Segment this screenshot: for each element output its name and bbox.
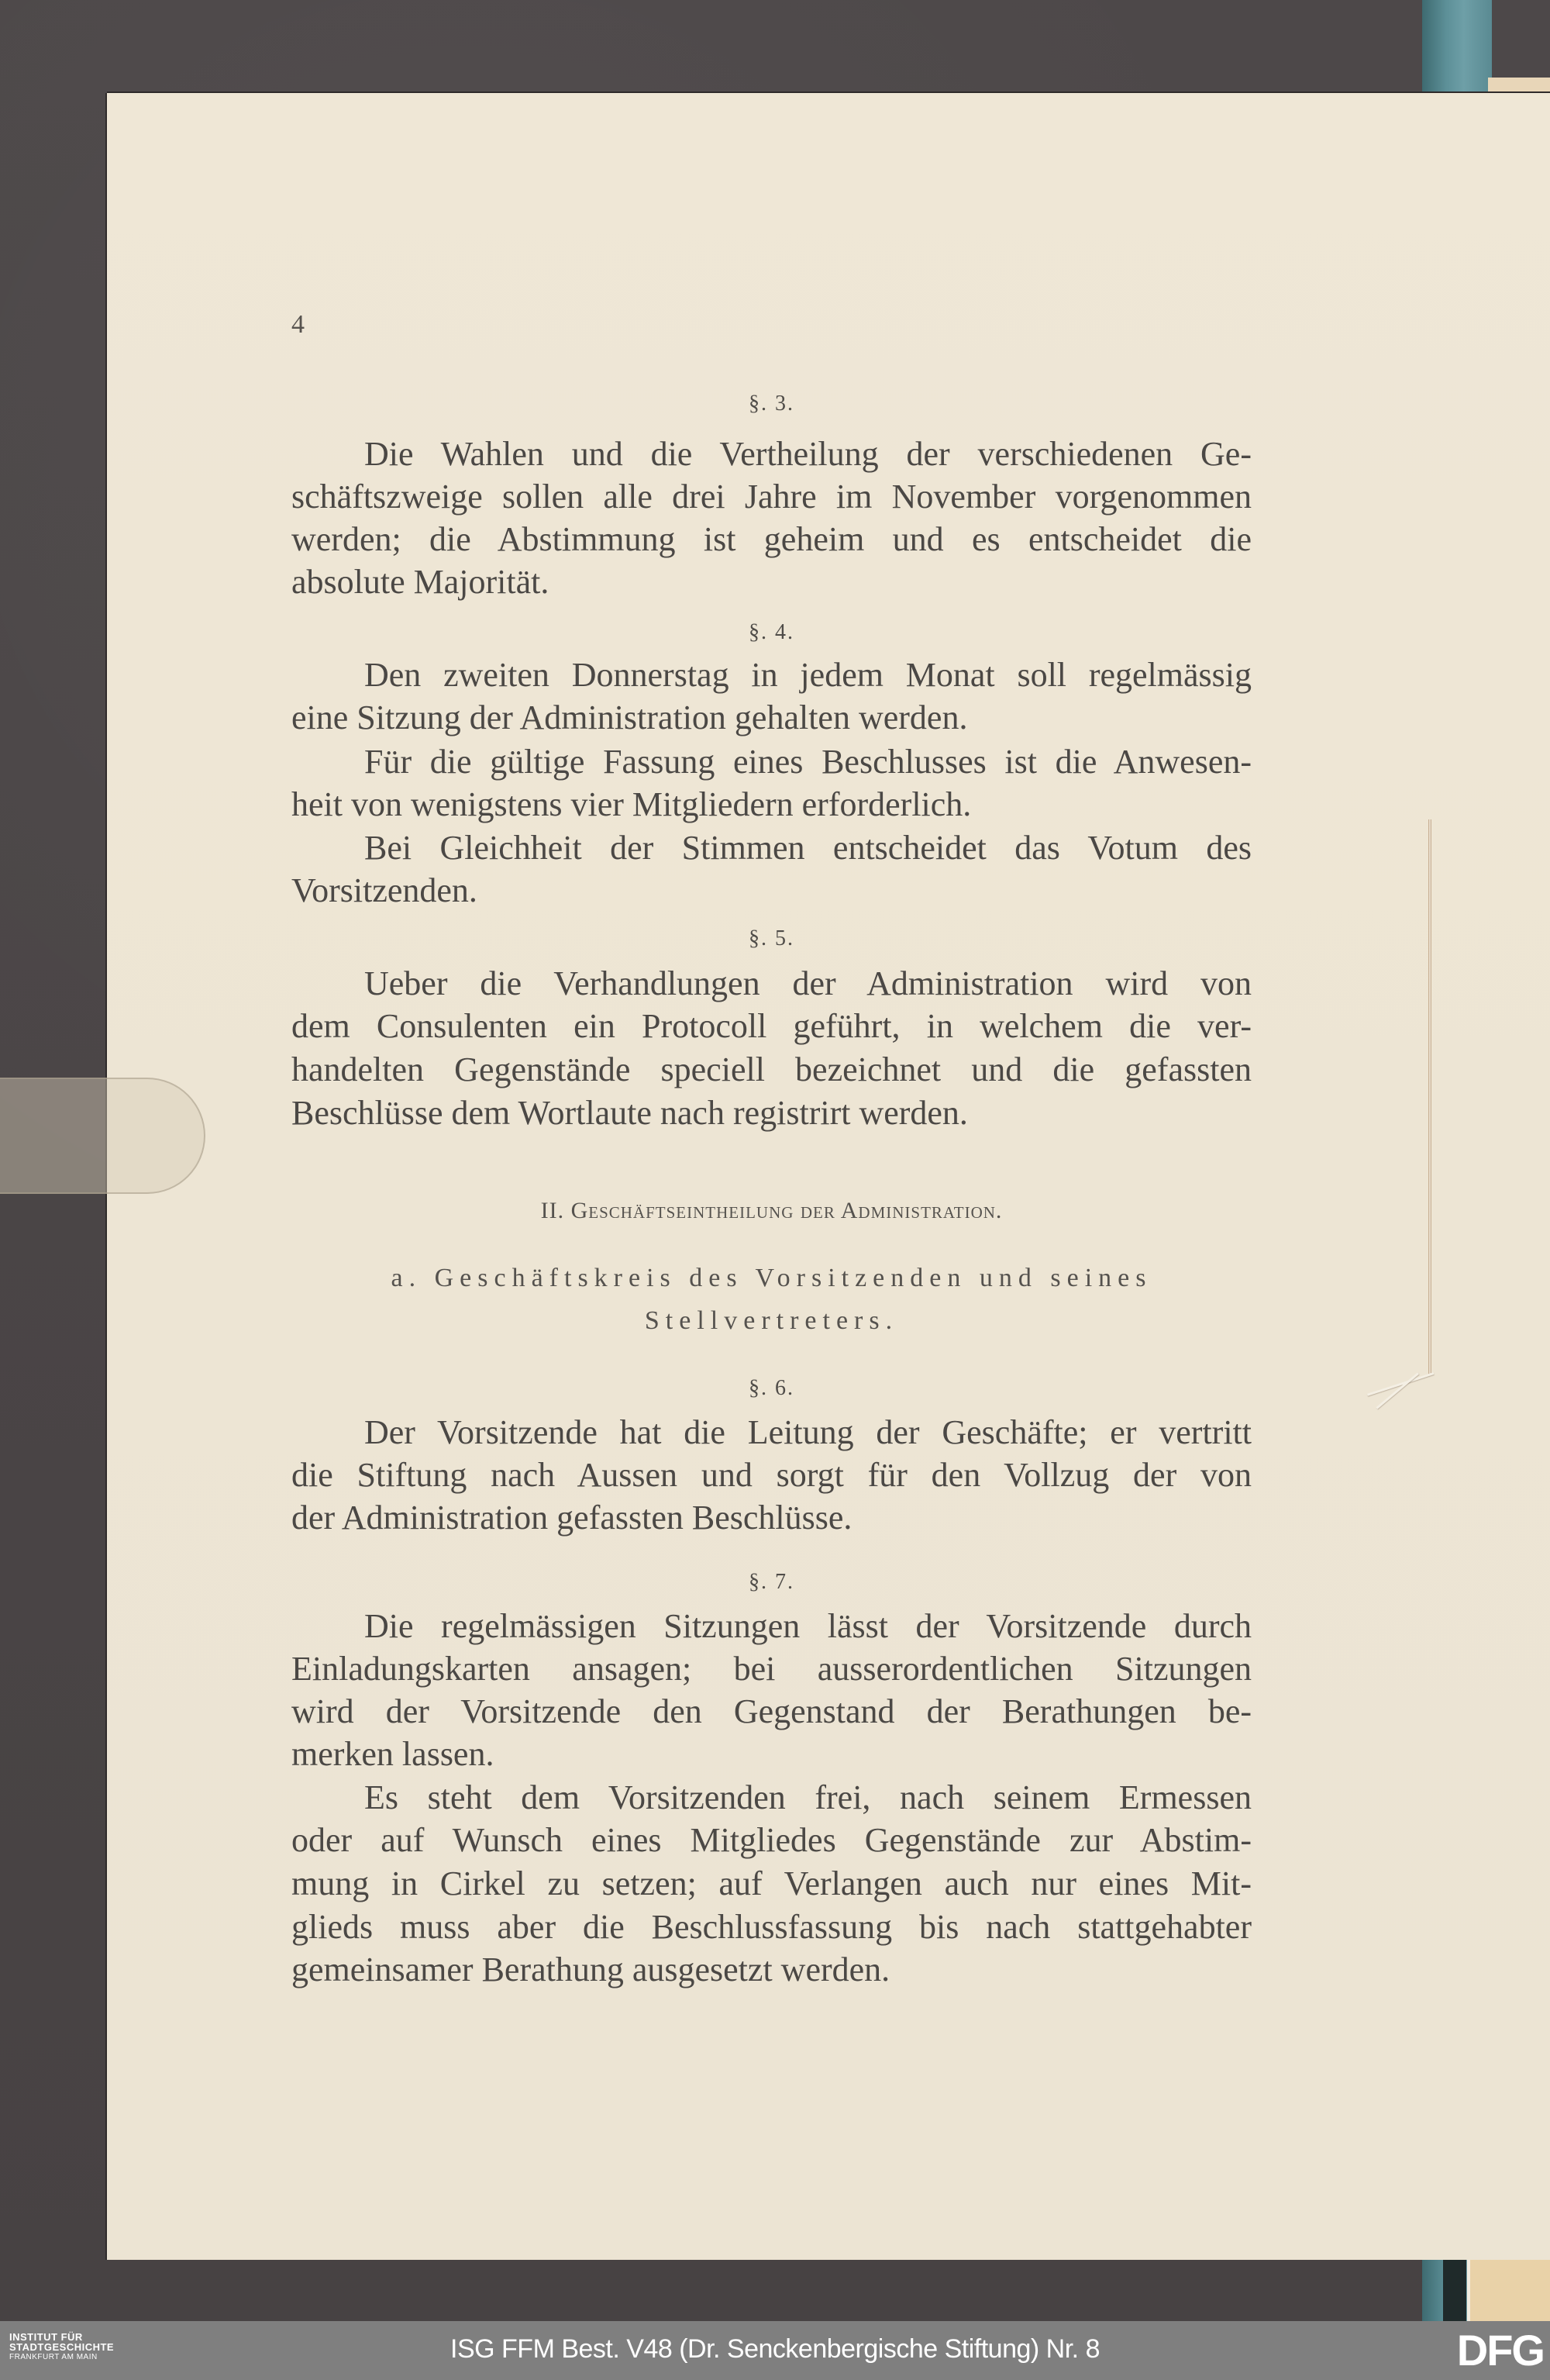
binding-shadow [1443,2260,1466,2321]
text-line: glieds muss aber die Beschlussfassung bi… [291,1907,1252,1947]
text-line: Einladungskarten ansagen; bei ausserorde… [291,1649,1252,1688]
dfg-logo-icon: DFG [1457,2329,1544,2372]
subchapter-heading: Stellvertreters. [291,1306,1252,1336]
text-line: Ueber die Verhandlungen der Administrati… [364,964,1252,1003]
text-line: Den zweiten Donnerstag in jedem Monat so… [364,655,1252,695]
text-line: Die regelmässigen Sitzungen lässt der Vo… [364,1606,1252,1646]
text-line: die Stiftung nach Aussen und sorgt für d… [291,1455,1252,1495]
subchapter-heading: a. Geschäftskreis des Vorsitzenden und s… [291,1264,1252,1293]
section-heading: §. 3. [291,391,1252,416]
section-heading: §. 6. [291,1376,1252,1401]
document-title: ISG FFM Best. V48 (Dr. Senckenbergische … [0,2334,1550,2364]
text-line: Für die gültige Fassung eines Beschlusse… [364,742,1252,781]
text-line: Beschlüsse dem Wortlaute nach registrirt… [291,1093,1252,1133]
text-line: werden; die Abstimmung ist geheim und es… [291,519,1252,559]
text-line: mung in Cirkel zu setzen; auf Verlangen … [291,1864,1252,1903]
text-line: gemeinsamer Berathung ausgesetzt werden. [291,1950,1252,1989]
section-heading: §. 5. [291,926,1252,951]
text-line: absolute Majorität. [291,562,1252,602]
text-line: Der Vorsitzende hat die Leitung der Gesc… [364,1412,1252,1452]
text-line: Bei Gleichheit der Stimmen entscheidet d… [364,828,1252,867]
text-line: handelten Gegenstände speciell bezeichne… [291,1050,1252,1089]
binding-thread [1428,819,1431,1374]
text-line: dem Consulenten ein Protocoll geführt, i… [291,1006,1252,1046]
text-line: wird der Vorsitzende den Gegenstand der … [291,1692,1252,1731]
section-heading: §. 7. [291,1570,1252,1595]
page-number: 4 [291,310,305,340]
plastic-page-clip [0,1078,205,1194]
text-line: schäftszweige sollen alle drei Jahre im … [291,477,1252,516]
rear-sheet-bottom [1467,2260,1550,2321]
text-line: merken lassen. [291,1734,1252,1774]
text-line: Die Wahlen und die Vertheilung der versc… [364,434,1252,474]
text-line: der Administration gefassten Beschlüsse. [291,1498,1252,1537]
viewer-footer: INSTITUT FÜR STADTGESCHICHTE FRANKFURT A… [0,2321,1550,2380]
text-line: oder auf Wunsch eines Mitgliedes Gegenst… [291,1820,1252,1860]
chapter-heading: II. Geschäftseintheilung der Administrat… [291,1198,1252,1224]
text-line: Vorsitzenden. [291,871,1252,910]
text-line: eine Sitzung der Administration gehalten… [291,698,1252,737]
text-line: Es steht dem Vorsitzenden frei, nach sei… [364,1778,1252,1817]
text-line: heit von wenigstens vier Mitgliedern erf… [291,785,1252,824]
section-heading: §. 4. [291,620,1252,645]
